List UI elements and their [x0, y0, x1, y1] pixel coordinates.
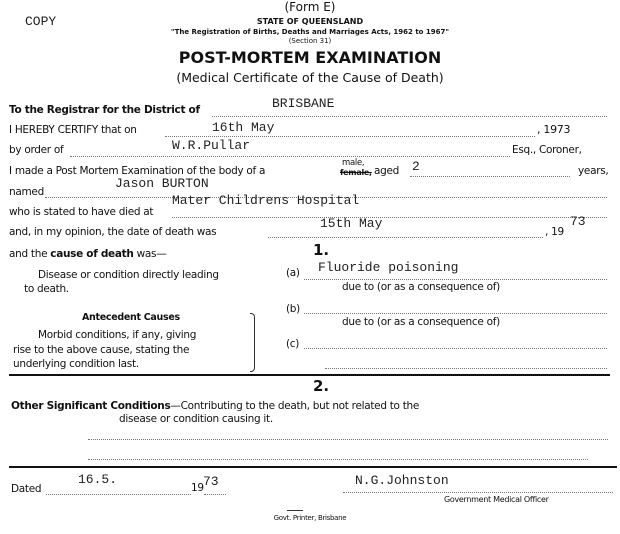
other-conditions-line2: disease or condition causing it. [119, 413, 273, 425]
cause-a-marker: (a) [286, 267, 300, 279]
aged-label: aged [374, 165, 399, 177]
cause-b-field-line[interactable] [304, 313, 607, 314]
date-of-death-label: and, in my opinion, the date of death wa… [9, 226, 216, 238]
registrar-district-value[interactable]: BRISBANE [272, 96, 334, 111]
cause-intro-bold: cause of death [50, 248, 133, 260]
cause-a-value[interactable]: Fluoride poisoning [318, 260, 458, 275]
registrar-label: To the Registrar for the District of [9, 104, 200, 116]
cause-c-field-line[interactable] [304, 348, 607, 349]
certify-date-value[interactable]: 16th May [212, 120, 274, 135]
certify-date-line [165, 136, 535, 137]
other-conditions-field-line-1[interactable] [88, 439, 608, 440]
direct-cause-label-line2: to death. [24, 283, 69, 295]
signature-value[interactable]: N.G.Johnston [355, 473, 449, 488]
signature-line [343, 492, 613, 493]
state-heading: STATE OF QUEENSLAND [0, 17, 620, 26]
section-divider-1 [9, 374, 610, 376]
named-label: named [9, 186, 44, 198]
dated-field-line [46, 494, 191, 495]
cause-intro-prefix: and the [9, 248, 47, 260]
years-label: years, [578, 165, 608, 177]
died-at-field-line [172, 217, 607, 218]
antecedent-desc-line1: Morbid conditions, if any, giving [38, 329, 196, 341]
certify-label: I HEREBY CERTIFY that on [9, 124, 137, 136]
dated-year-line [204, 494, 226, 495]
certify-year[interactable]: , 1973 [537, 123, 570, 136]
dated-year-prefix: 19 [191, 482, 204, 494]
date-of-death-year-prefix: , 19 [545, 226, 564, 238]
other-conditions-field-line-2[interactable] [88, 459, 588, 460]
cause-b-marker: (b) [286, 303, 300, 315]
age-field-line [410, 176, 570, 177]
coroner-name-value[interactable]: W.R.Pullar [172, 138, 250, 153]
cause-c-marker: (c) [286, 338, 299, 350]
antecedent-bracket [250, 313, 255, 372]
cause-c-extra-line[interactable] [325, 368, 607, 369]
order-field-line [70, 156, 510, 157]
due-to-label-1: due to (or as a consequence of) [342, 281, 500, 293]
due-to-label-2: due to (or as a consequence of) [342, 316, 500, 328]
cause-a-field-line [304, 279, 607, 280]
place-of-death-value[interactable]: Mater Childrens Hospital [172, 193, 359, 208]
other-conditions-title: Other Significant Conditions [11, 400, 170, 412]
died-at-label: who is stated to have died at [9, 206, 153, 218]
section-reference: (Section 31) [0, 37, 620, 45]
printer-mark-line [287, 510, 303, 511]
antecedent-causes-title: Antecedent Causes [82, 312, 180, 323]
cause-intro: and the cause of death was— [9, 248, 166, 260]
section-divider-2 [9, 466, 617, 468]
date-of-death-field-line [268, 237, 543, 238]
page-title: POST-MORTEM EXAMINATION [0, 48, 620, 67]
dated-year-value[interactable]: 73 [203, 474, 219, 489]
age-value[interactable]: 2 [412, 159, 420, 174]
date-of-death-year-value[interactable]: 73 [570, 214, 586, 229]
sex-female-option-struck[interactable]: female, [340, 168, 372, 177]
act-reference: "The Registration of Births, Deaths and … [0, 28, 620, 36]
other-conditions-desc: —Contributing to the death, but not rela… [170, 400, 419, 412]
page-subtitle: (Medical Certificate of the Cause of Dea… [0, 70, 620, 85]
section-1-number: 1. [313, 241, 329, 259]
registrar-field-line [212, 116, 607, 117]
dated-value[interactable]: 16.5. [78, 472, 117, 487]
printer-credit: Govt. Printer, Brisbane [0, 514, 620, 522]
deceased-name-value[interactable]: Jason BURTON [115, 176, 209, 191]
other-conditions-line1: Other Significant Conditions—Contributin… [11, 400, 419, 412]
cause-intro-suffix: was— [137, 248, 167, 260]
dated-label: Dated [11, 483, 41, 495]
coroner-suffix: Esq., Coroner, [512, 144, 582, 156]
antecedent-desc-line2: rise to the above cause, stating the [13, 344, 189, 356]
order-label: by order of [9, 144, 63, 156]
form-label: (Form E) [0, 0, 620, 14]
sex-male-option[interactable]: male, [342, 158, 364, 168]
antecedent-desc-line3: underlying condition last. [13, 358, 139, 370]
date-of-death-value[interactable]: 15th May [320, 216, 382, 231]
direct-cause-label-line1: Disease or condition directly leading [38, 269, 219, 281]
section-2-number: 2. [313, 377, 329, 395]
signatory-title: Government Medical Officer [444, 495, 549, 504]
